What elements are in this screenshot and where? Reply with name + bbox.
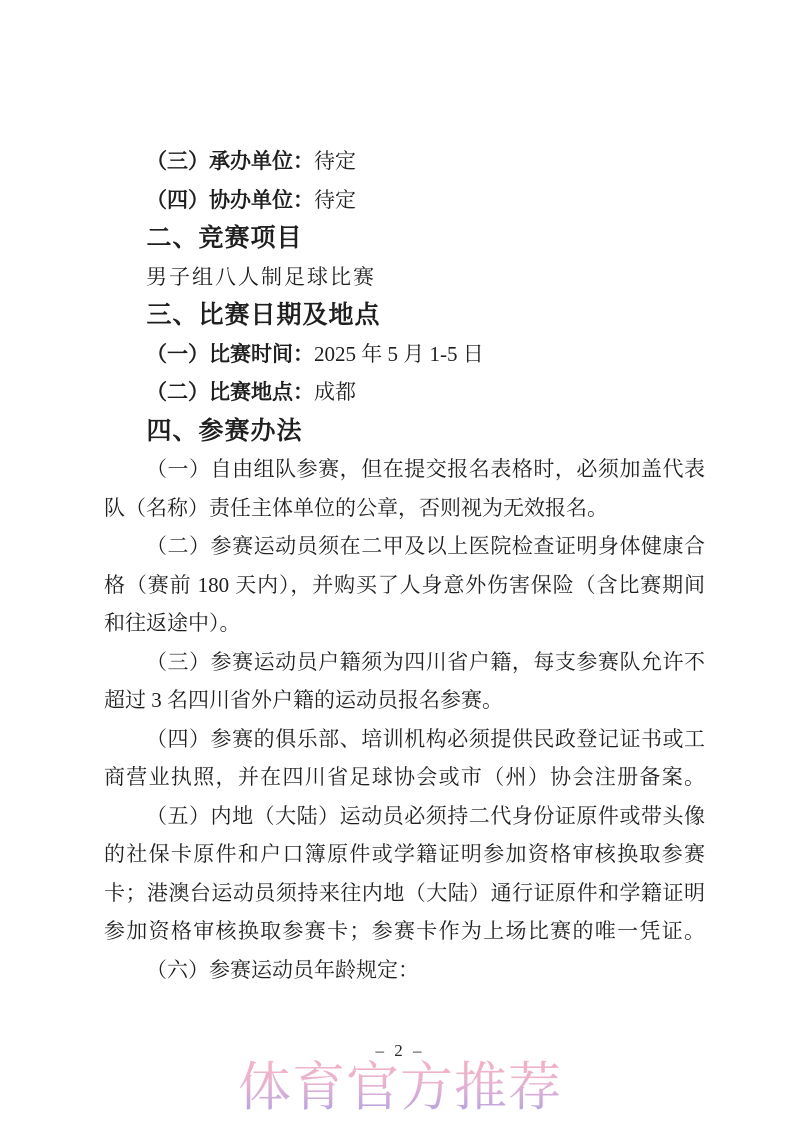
rule-6-line: （六）参赛运动员年龄规定：: [104, 951, 705, 990]
co-organizer-label: （四）协办单位：: [146, 188, 314, 212]
event-description-line: 男子组八人制足球比赛: [104, 258, 705, 297]
match-venue-line: （二）比赛地点：成都: [104, 373, 705, 412]
rule-5-paragraph: （五）内地（大陆）运动员必须持二代身份证原件或带头像 的社保卡原件和户口簿原件或…: [104, 797, 705, 951]
rule-4-paragraph: （四）参赛的俱乐部、培训机构必须提供民政登记证书或工 商营业执照，并在四川省足球…: [104, 720, 705, 797]
rule-3-line-2: 超过 3 名四川省外户籍的运动员报名参赛。: [104, 681, 705, 720]
match-time-line: （一）比赛时间：2025 年 5 月 1-5 日: [104, 335, 705, 374]
match-time-label: （一）比赛时间：: [146, 342, 314, 366]
rule-5-line-3: 卡；港澳台运动员须持来往内地（大陆）通行证原件和学籍证明: [104, 874, 705, 913]
host-unit-label: （三）承办单位：: [146, 149, 314, 173]
rule-5-line-2: 的社保卡原件和户口簿原件或学籍证明参加资格审核换取参赛: [104, 835, 705, 874]
rule-2-line-3: 和往返途中）。: [104, 604, 705, 643]
rule-3-paragraph: （三）参赛运动员户籍须为四川省户籍，每支参赛队允许不 超过 3 名四川省外户籍的…: [104, 643, 705, 720]
match-venue-label: （二）比赛地点：: [146, 380, 314, 404]
watermark-text: 体育官方推荐: [0, 1052, 800, 1124]
document-page: （三）承办单位：待定 （四）协办单位：待定 二、竞赛项目 男子组八人制足球比赛 …: [0, 0, 800, 1131]
rule-4-line-1: （四）参赛的俱乐部、培训机构必须提供民政登记证书或工: [104, 720, 705, 759]
page-number: – 2 –: [0, 1041, 800, 1061]
document-body: （三）承办单位：待定 （四）协办单位：待定 二、竞赛项目 男子组八人制足球比赛 …: [104, 142, 705, 989]
rule-1-paragraph: （一）自由组队参赛，但在提交报名表格时，必须加盖代表 队（名称）责任主体单位的公…: [104, 450, 705, 527]
host-unit-value: 待定: [314, 149, 356, 173]
match-time-value: 2025 年 5 月 1-5 日: [314, 342, 484, 366]
rule-5-line-4: 参加资格审核换取参赛卡；参赛卡作为上场比赛的唯一凭证。: [104, 912, 705, 951]
rule-3-line-1: （三）参赛运动员户籍须为四川省户籍，每支参赛队允许不: [104, 643, 705, 682]
rule-2-paragraph: （二）参赛运动员须在二甲及以上医院检查证明身体健康合 格（赛前 180 天内），…: [104, 527, 705, 643]
rule-1-line-1: （一）自由组队参赛，但在提交报名表格时，必须加盖代表: [104, 450, 705, 489]
co-organizer-line: （四）协办单位：待定: [104, 181, 705, 220]
rule-4-line-2: 商营业执照，并在四川省足球协会或市（州）协会注册备案。: [104, 758, 705, 797]
rule-1-line-2: 队（名称）责任主体单位的公章，否则视为无效报名。: [104, 489, 705, 528]
heading-date-and-venue: 三、比赛日期及地点: [104, 296, 705, 335]
rule-2-line-1: （二）参赛运动员须在二甲及以上医院检查证明身体健康合: [104, 527, 705, 566]
heading-competition-events: 二、竞赛项目: [104, 219, 705, 258]
rule-2-line-2: 格（赛前 180 天内），并购买了人身意外伤害保险（含比赛期间: [104, 566, 705, 605]
match-venue-value: 成都: [314, 380, 356, 404]
heading-entry-rules: 四、参赛办法: [104, 412, 705, 451]
host-unit-line: （三）承办单位：待定: [104, 142, 705, 181]
rule-5-line-1: （五）内地（大陆）运动员必须持二代身份证原件或带头像: [104, 797, 705, 836]
co-organizer-value: 待定: [314, 188, 356, 212]
